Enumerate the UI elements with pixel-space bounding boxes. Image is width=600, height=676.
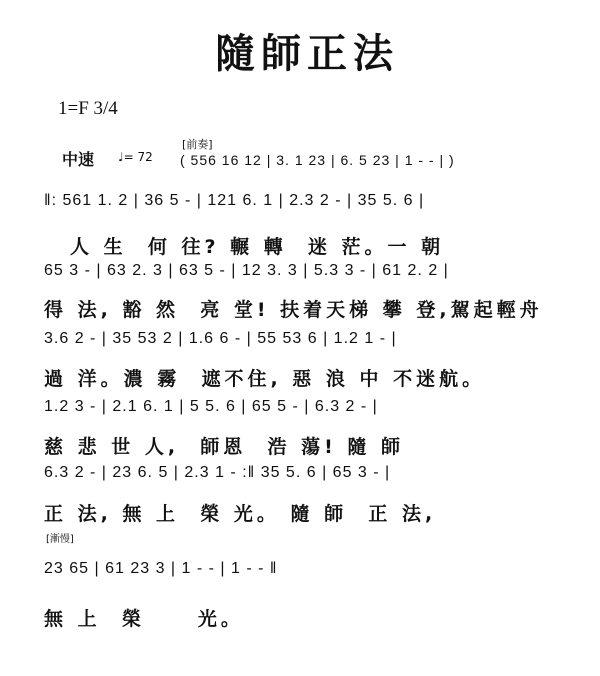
intro-notes: ( 556 16 12 | 3. 1 23 | 6. 5 23 | 1 - - …	[180, 152, 455, 168]
intro-label: [前奏]	[182, 136, 213, 152]
notes-line-2: 65 3 - | 63 2. 3 | 63 5 - | 12 3. 3 | 5.…	[44, 262, 449, 280]
lyrics-line-5: 正 法, 無 上 榮 光。 隨 師 正 法,	[44, 499, 436, 526]
song-title: 隨師正法	[215, 22, 399, 79]
ritardando-marking: [漸慢]	[46, 530, 74, 545]
notes-line-3: 3.6 2 - | 35 53 2 | 1.6 6 - | 55 53 6 | …	[44, 330, 397, 348]
lyrics-line-2: 得 法, 豁 然 亮 堂! 扶着天梯 攀 登,駕起輕舟	[44, 295, 543, 322]
key-signature: 1=F 3/4	[58, 98, 118, 120]
notes-line-4: 1.2 3 - | 2.1 6. 1 | 5 5. 6 | 65 5 - | 6…	[44, 398, 378, 416]
notes-line-6: 23 65 | 61 23 3 | 1 - - | 1 - - ‖	[44, 560, 278, 578]
notes-line-1: ‖: 561 1. 2 | 36 5 - | 121 6. 1 | 2.3 2 …	[44, 192, 424, 210]
lyrics-line-6: 無 上 榮 光。	[44, 604, 244, 631]
tempo-bpm: ♩= 72	[118, 150, 153, 164]
lyrics-line-1: 人 生 何 往? 輾 轉 迷 茫。一 朝	[70, 232, 444, 259]
tempo-label: 中速	[62, 147, 94, 170]
notes-line-5: 6.3 2 - | 23 6. 5 | 2.3 1 - :‖ 35 5. 6 |…	[44, 464, 390, 482]
lyrics-line-4: 慈 悲 世 人, 師恩 浩 蕩! 隨 師	[44, 432, 404, 459]
lyrics-line-3: 過 洋。濃 霧 遮不住, 惡 浪 中 不迷航。	[44, 364, 485, 391]
